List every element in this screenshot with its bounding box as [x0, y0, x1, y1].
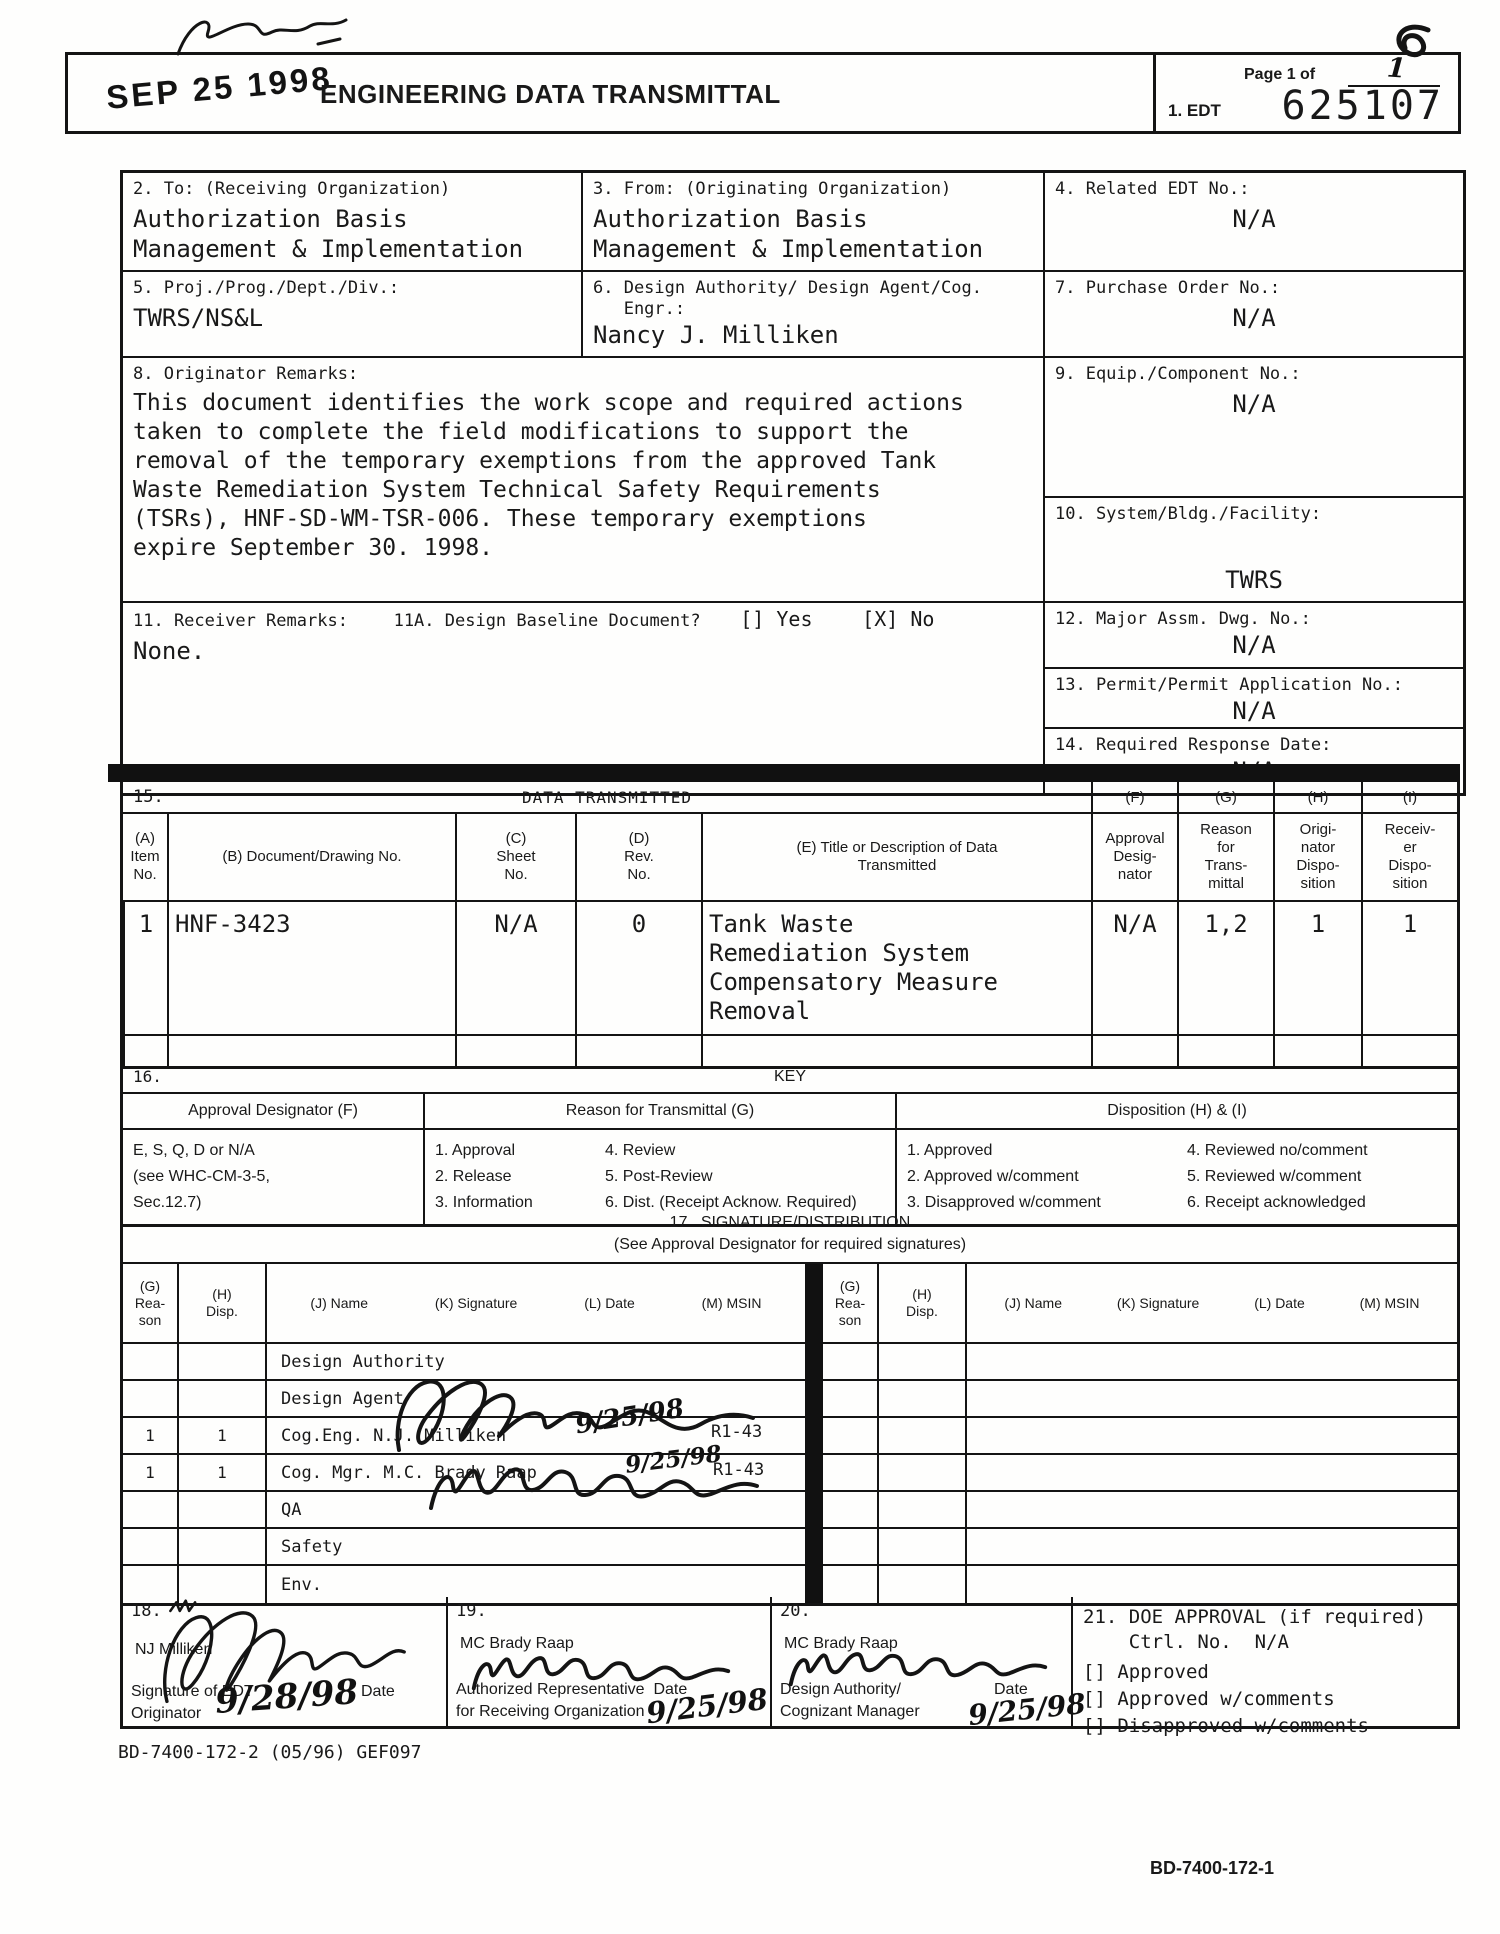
row-cog-mgr-disp: 1 — [177, 1455, 265, 1492]
empty-signature-cell — [823, 1381, 877, 1418]
form-header: SEP 25 1998 ENGINEERING DATA TRANSMITTAL… — [65, 52, 1461, 134]
col-header-receiver-disposition: Receiv- er Dispo- sition — [1361, 814, 1457, 902]
right-col-header-reason: (G) Rea- son — [823, 1264, 877, 1344]
box-permit-application-value: N/A — [1055, 696, 1453, 726]
left-col-header-disp: (H) Disp. — [177, 1264, 265, 1344]
col-header-sheet-no: (C) Sheet No. — [455, 814, 575, 902]
key-section: 16. KEY Approval Designator (F) Reason f… — [120, 1062, 1460, 1227]
row-qa-name: QA — [265, 1492, 805, 1529]
row-cog-eng-name: Cog.Eng. N.J. Milliken — [265, 1418, 805, 1455]
empty-signature-cell — [965, 1381, 1457, 1418]
col-header-originator-disposition: Origi- nator Dispo- sition — [1273, 814, 1361, 902]
box-related-edt-label: 4. Related EDT No.: — [1055, 179, 1453, 200]
data-transmitted-title-cell: 15. DATA TRANSMITTED — [123, 782, 1091, 812]
design-authority-signature-box: 20. MC Brady Raap Design Authority/ Cogn… — [770, 1597, 1071, 1726]
empty-signature-cell — [877, 1418, 965, 1455]
empty-signature-cell — [823, 1344, 877, 1381]
left-col-header-reason: (G) Rea- son — [123, 1264, 177, 1344]
left-col-header-name-sig-date-msin: (J) Name (K) Signature (L) Date (M) MSIN — [265, 1264, 805, 1344]
section-20-number: 20. — [780, 1601, 811, 1621]
box-from: 3. From: (Originating Organization) Auth… — [581, 173, 1043, 270]
empty-signature-cell — [877, 1381, 965, 1418]
key-grid: Approval Designator (F) Reason for Trans… — [123, 1094, 1457, 1224]
empty-signature-cell — [965, 1529, 1457, 1566]
right-column-equip-system: 9. Equip./Component No.: N/A 10. System/… — [1043, 358, 1463, 601]
design-baseline-no-checkbox: [X] No — [862, 609, 934, 630]
page-of-label: Page 1 of — [1244, 66, 1315, 84]
box-required-response-date-label: 14. Required Response Date: — [1055, 735, 1453, 756]
key-disposition-items-1-3: 1. Approved 2. Approved w/comment 3. Dis… — [907, 1138, 1187, 1216]
form-row-to-from-related: 2. To: (Receiving Organization) Authoriz… — [123, 173, 1463, 272]
box-to: 2. To: (Receiving Organization) Authoriz… — [123, 173, 581, 270]
row-safety-name: Safety — [265, 1529, 805, 1566]
originator-date-label: Date — [361, 1681, 395, 1703]
col-header-date: (L) Date — [584, 1295, 635, 1312]
key-title: KEY — [123, 1068, 1457, 1086]
box-proj: 5. Proj./Prog./Dept./Div.: TWRS/NS&L — [123, 272, 581, 356]
box-related-edt: 4. Related EDT No.: N/A — [1043, 173, 1463, 270]
box-system-bldg-facility: 10. System/Bldg./Facility: TWRS — [1045, 498, 1463, 601]
box-major-assm-dwg: 12. Major Assm. Dwg. No.: N/A — [1045, 603, 1463, 669]
box-equip-component-label: 9. Equip./Component No.: — [1055, 364, 1453, 385]
empty-signature-cell — [965, 1344, 1457, 1381]
box-purchase-order-label: 7. Purchase Order No.: — [1055, 278, 1453, 299]
signature-distribution-subtitle: (See Approval Designator for required si… — [123, 1234, 1457, 1256]
page-title: ENGINEERING DATA TRANSMITTAL — [320, 79, 781, 110]
key-reason-items-1-3: 1. Approval 2. Release 3. Information — [435, 1138, 605, 1216]
box-design-authority: 6. Design Authority/ Design Agent/Cog. E… — [581, 272, 1043, 356]
column-tag-i: (I) — [1361, 782, 1457, 812]
row-design-authority-disp — [177, 1344, 265, 1381]
key-approval-designator-header: Approval Designator (F) — [123, 1094, 423, 1130]
row-safety-disp — [177, 1529, 265, 1566]
section-19-number: 19. — [456, 1601, 487, 1621]
key-disposition-header: Disposition (H) & (I) — [895, 1094, 1457, 1130]
col-header-document-no: (B) Document/Drawing No. — [167, 814, 455, 902]
row-design-authority-reason — [123, 1344, 177, 1381]
box-system-bldg-facility-label: 10. System/Bldg./Facility: — [1055, 504, 1453, 525]
key-reason-items-4-6: 4. Review 5. Post-Review 6. Dist. (Recei… — [605, 1138, 885, 1216]
box-to-label: 2. To: (Receiving Organization) — [133, 179, 571, 200]
box-equip-component: 9. Equip./Component No.: N/A — [1045, 358, 1463, 498]
page-count-handwritten: 1 — [1386, 52, 1407, 84]
signature-distribution-title-block: 17 SIGNATURE/DISTRIBUTION (See Approval … — [123, 1208, 1457, 1264]
box-receiver-remarks-value: None. — [133, 636, 1033, 666]
form-row-proj-authority-po: 5. Proj./Prog./Dept./Div.: TWRS/NS&L 6. … — [123, 272, 1463, 358]
signature-center-divider — [805, 1264, 823, 1603]
row1-item-no: 1 — [123, 902, 167, 1036]
data-transmitted-grid: (A) Item No. (B) Document/Drawing No. (C… — [123, 814, 1457, 1066]
key-reason-header: Reason for Transmittal (G) — [423, 1094, 895, 1130]
col-header-msin: (M) MSIN — [1360, 1295, 1420, 1312]
row1-title-description: Tank Waste Remediation System Compensato… — [701, 902, 1091, 1036]
key-disposition-items-4-6: 4. Reviewed no/comment 5. Reviewed w/com… — [1187, 1138, 1447, 1216]
empty-signature-cell — [965, 1492, 1457, 1529]
col-header-rev-no: (D) Rev. No. — [575, 814, 701, 902]
box-from-label: 3. From: (Originating Organization) — [593, 179, 1033, 200]
box-major-assm-dwg-label: 12. Major Assm. Dwg. No.: — [1055, 609, 1453, 630]
empty-signature-cell — [877, 1455, 965, 1492]
empty-signature-cell — [823, 1529, 877, 1566]
form-number-footer-right: BD-7400-172-1 — [1150, 1858, 1274, 1879]
doe-approval-box: 21. DOE APPROVAL (if required) Ctrl. No.… — [1071, 1597, 1457, 1726]
approval-signature-row: 18. NJ Milliken Signature of EDT Origina… — [120, 1597, 1460, 1729]
row1-originator-disposition: 1 — [1273, 902, 1361, 1036]
column-tag-f: (F) — [1091, 782, 1177, 812]
row1-document-no: HNF-3423 — [167, 902, 455, 1036]
box-design-authority-label: 6. Design Authority/ Design Agent/Cog. E… — [593, 278, 1033, 320]
row1-reason-transmittal: 1,2 — [1177, 902, 1273, 1036]
empty-signature-cell — [823, 1418, 877, 1455]
row-qa-reason — [123, 1492, 177, 1529]
box-originator-remarks-value: This document identifies the work scope … — [133, 389, 1033, 563]
form-row-remarks-equip-system: 8. Originator Remarks: This document ide… — [123, 358, 1463, 603]
empty-signature-cell — [823, 1455, 877, 1492]
received-date-stamp: SEP 25 1998 — [105, 59, 334, 117]
box-proj-label: 5. Proj./Prog./Dept./Div.: — [133, 278, 571, 299]
signature-right-grid: (G) Rea- son (H) Disp. (J) Name (K) Sign… — [823, 1264, 1457, 1603]
col-header-approval-designator: Approval Desig- nator — [1091, 814, 1177, 902]
data-transmitted-table: 15. DATA TRANSMITTED (F) (G) (H) (I) (A)… — [120, 782, 1460, 1069]
box-system-bldg-facility-value: TWRS — [1055, 565, 1453, 595]
box-originator-remarks: 8. Originator Remarks: This document ide… — [123, 358, 1043, 601]
signature-distribution-title: SIGNATURE/DISTRIBUTION — [701, 1214, 911, 1231]
design-baseline-question: 11A. Design Baseline Document? — [394, 611, 701, 632]
upper-form: 2. To: (Receiving Organization) Authoriz… — [120, 170, 1466, 796]
box-equip-component-value: N/A — [1055, 389, 1453, 419]
key-approval-designator-text: E, S, Q, D or N/A (see WHC-CM-3-5, Sec.1… — [133, 1138, 270, 1216]
box-purchase-order-value: N/A — [1055, 303, 1453, 333]
signature-distribution-section: 17 SIGNATURE/DISTRIBUTION (See Approval … — [120, 1208, 1460, 1606]
box-to-value: Authorization Basis Management & Impleme… — [133, 204, 571, 264]
empty-signature-cell — [823, 1492, 877, 1529]
box-purchase-order: 7. Purchase Order No.: N/A — [1043, 272, 1463, 356]
row1-receiver-disposition: 1 — [1361, 902, 1457, 1036]
key-title-row: 16. KEY — [123, 1062, 1457, 1094]
col-header-name: (J) Name — [1004, 1295, 1062, 1312]
doe-approval-title: 21. DOE APPROVAL (if required) Ctrl. No.… — [1083, 1605, 1426, 1655]
row-cog-eng-disp: 1 — [177, 1418, 265, 1455]
row-cog-eng-reason: 1 — [123, 1418, 177, 1455]
signature-left-half: (G) Rea- son (H) Disp. (J) Name (K) Sign… — [123, 1264, 805, 1603]
row-safety-reason — [123, 1529, 177, 1566]
box-major-assm-dwg-value: N/A — [1055, 630, 1453, 660]
signature-left-grid: (G) Rea- son (H) Disp. (J) Name (K) Sign… — [123, 1264, 805, 1603]
col-header-item-no: (A) Item No. — [123, 814, 167, 902]
doe-approval-options: [] Approved [] Approved w/comments [] Di… — [1083, 1659, 1369, 1740]
col-header-signature: (K) Signature — [1117, 1295, 1199, 1312]
design-authority-signature-label: Design Authority/ Cognizant Manager — [780, 1679, 920, 1723]
edt-scanned-form-page: SEP 25 1998 ENGINEERING DATA TRANSMITTAL… — [0, 0, 1500, 1934]
box-originator-remarks-label: 8. Originator Remarks: — [133, 364, 1033, 385]
empty-signature-cell — [965, 1418, 1457, 1455]
data-transmitted-title: DATA TRANSMITTED — [123, 788, 1091, 807]
right-col-header-disp: (H) Disp. — [877, 1264, 965, 1344]
section-17-number: 17 — [670, 1214, 688, 1231]
col-header-title-description: (E) Title or Description of Data Transmi… — [701, 814, 1091, 902]
row-design-agent-disp — [177, 1381, 265, 1418]
form-number-footer-left: BD-7400-172-2 (05/96) GEF097 — [118, 1742, 421, 1763]
row1-sheet-no: N/A — [455, 902, 575, 1036]
empty-signature-cell — [877, 1344, 965, 1381]
design-baseline-yes-checkbox: [] Yes — [740, 609, 812, 630]
edt-label: 1. EDT — [1168, 101, 1221, 121]
data-transmitted-band: 15. DATA TRANSMITTED (F) (G) (H) (I) — [123, 782, 1457, 814]
box-design-authority-value: Nancy J. Milliken — [593, 320, 1033, 350]
empty-signature-cell — [965, 1455, 1457, 1492]
row-qa-disp — [177, 1492, 265, 1529]
row-design-authority-name: Design Authority — [265, 1344, 805, 1381]
col-header-date: (L) Date — [1254, 1295, 1305, 1312]
col-header-reason-transmittal: Reason for Trans- mittal — [1177, 814, 1273, 902]
right-col-header-name-sig-date-msin: (J) Name (K) Signature (L) Date (M) MSIN — [965, 1264, 1457, 1344]
row1-approval-designator: N/A — [1091, 902, 1177, 1036]
col-header-msin: (M) MSIN — [702, 1295, 762, 1312]
edt-number-box: Page 1 of 1 1. EDT 625107 — [1153, 55, 1458, 131]
box-permit-application-label: 13. Permit/Permit Application No.: — [1055, 675, 1453, 696]
empty-signature-cell — [877, 1529, 965, 1566]
signature-halves: (G) Rea- son (H) Disp. (J) Name (K) Sign… — [123, 1264, 1457, 1603]
signature-right-half: (G) Rea- son (H) Disp. (J) Name (K) Sign… — [823, 1264, 1457, 1603]
box-permit-application: 13. Permit/Permit Application No.: N/A — [1045, 669, 1463, 729]
box-from-value: Authorization Basis Management & Impleme… — [593, 204, 1033, 264]
originator-signature-box: 18. NJ Milliken Signature of EDT Origina… — [123, 1597, 446, 1726]
box-receiver-remarks-label: 11. Receiver Remarks: — [133, 611, 348, 632]
box-related-edt-value: N/A — [1055, 204, 1453, 234]
row-design-agent-name: Design Agent — [265, 1381, 805, 1418]
col-header-signature: (K) Signature — [435, 1295, 517, 1312]
row-design-agent-reason — [123, 1381, 177, 1418]
section-divider-bar — [108, 764, 1460, 782]
row-cog-mgr-name: Cog. Mgr. M.C. Brady Raap — [265, 1455, 805, 1492]
row-cog-mgr-reason: 1 — [123, 1455, 177, 1492]
col-header-name: (J) Name — [310, 1295, 368, 1312]
column-tag-h: (H) — [1273, 782, 1361, 812]
row1-rev-no: 0 — [575, 902, 701, 1036]
empty-signature-cell — [877, 1492, 965, 1529]
column-tag-g: (G) — [1177, 782, 1273, 812]
edt-number: 625107 — [1282, 83, 1445, 129]
receiving-org-signature-box: 19. MC Brady Raap Authorized Representat… — [446, 1597, 770, 1726]
box-proj-value: TWRS/NS&L — [133, 303, 571, 333]
